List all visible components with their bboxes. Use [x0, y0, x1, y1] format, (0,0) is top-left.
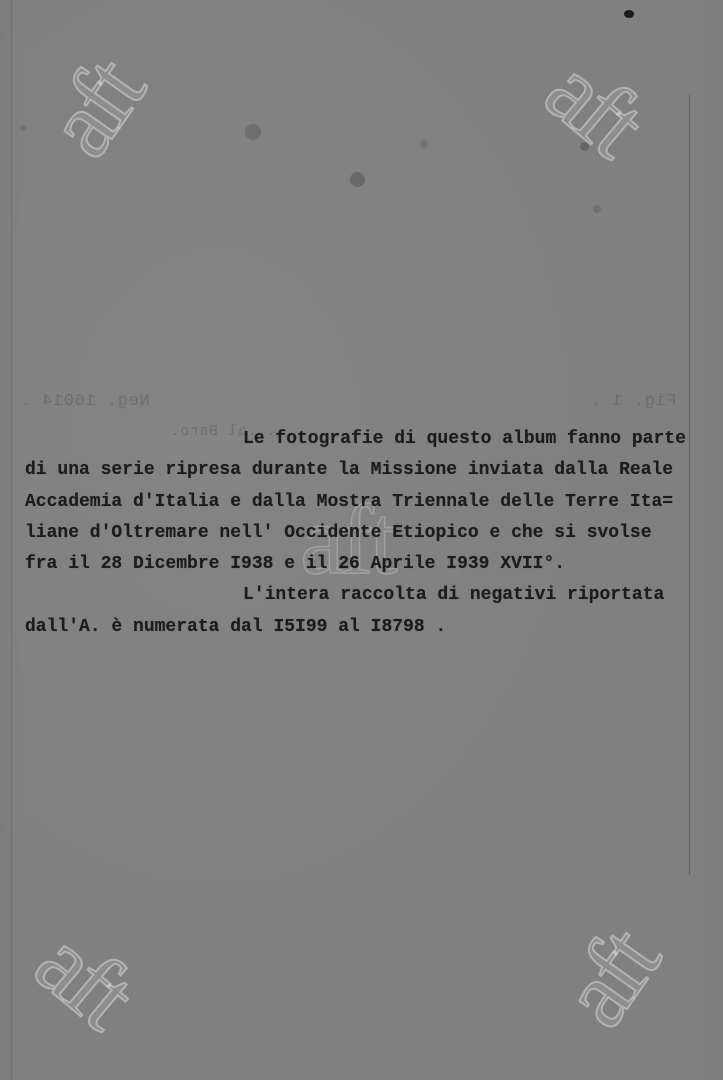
- smudge: [245, 124, 261, 140]
- text-line: Le fotografie di questo album fanno part…: [25, 424, 715, 455]
- left-edge-line: [11, 0, 12, 1080]
- watermark-bottom-left: aft: [20, 913, 150, 1044]
- watermark-top-left: aft: [30, 44, 160, 172]
- text-line: fra il 28 Dicembre I938 e il 26 Aprile I…: [25, 549, 715, 580]
- bleed-neg-label: Neg. 16014 .: [20, 392, 150, 411]
- document-page: Fig. 1 . Neg. 16014 . ...al Baro. aft af…: [0, 0, 723, 1080]
- smudge: [420, 140, 428, 148]
- watermark-top-right: aft: [530, 41, 660, 172]
- smudge: [593, 205, 601, 213]
- smudge: [350, 172, 365, 187]
- text-line: di una serie ripresa durante la Missione…: [25, 455, 715, 486]
- paragraph-1: Le fotografie di questo album fanno part…: [25, 424, 715, 580]
- typewritten-text: Le fotografie di questo album fanno part…: [25, 424, 715, 643]
- text-line: dall'A. è numerata dal I5I99 al I8798 .: [25, 612, 715, 643]
- text-line: liane d'Oltremare nell' Occidente Etiopi…: [25, 518, 715, 549]
- dust-spot: [624, 10, 634, 18]
- watermark-bottom-right: aft: [545, 914, 675, 1042]
- text-line: L'intera raccolta di negativi riportata: [25, 580, 715, 611]
- smudge: [20, 125, 26, 131]
- bleed-fig-label: Fig. 1 .: [590, 392, 676, 411]
- paragraph-2: L'intera raccolta di negativi riportata …: [25, 580, 715, 643]
- text-line: Accademia d'Italia e dalla Mostra Trienn…: [25, 487, 715, 518]
